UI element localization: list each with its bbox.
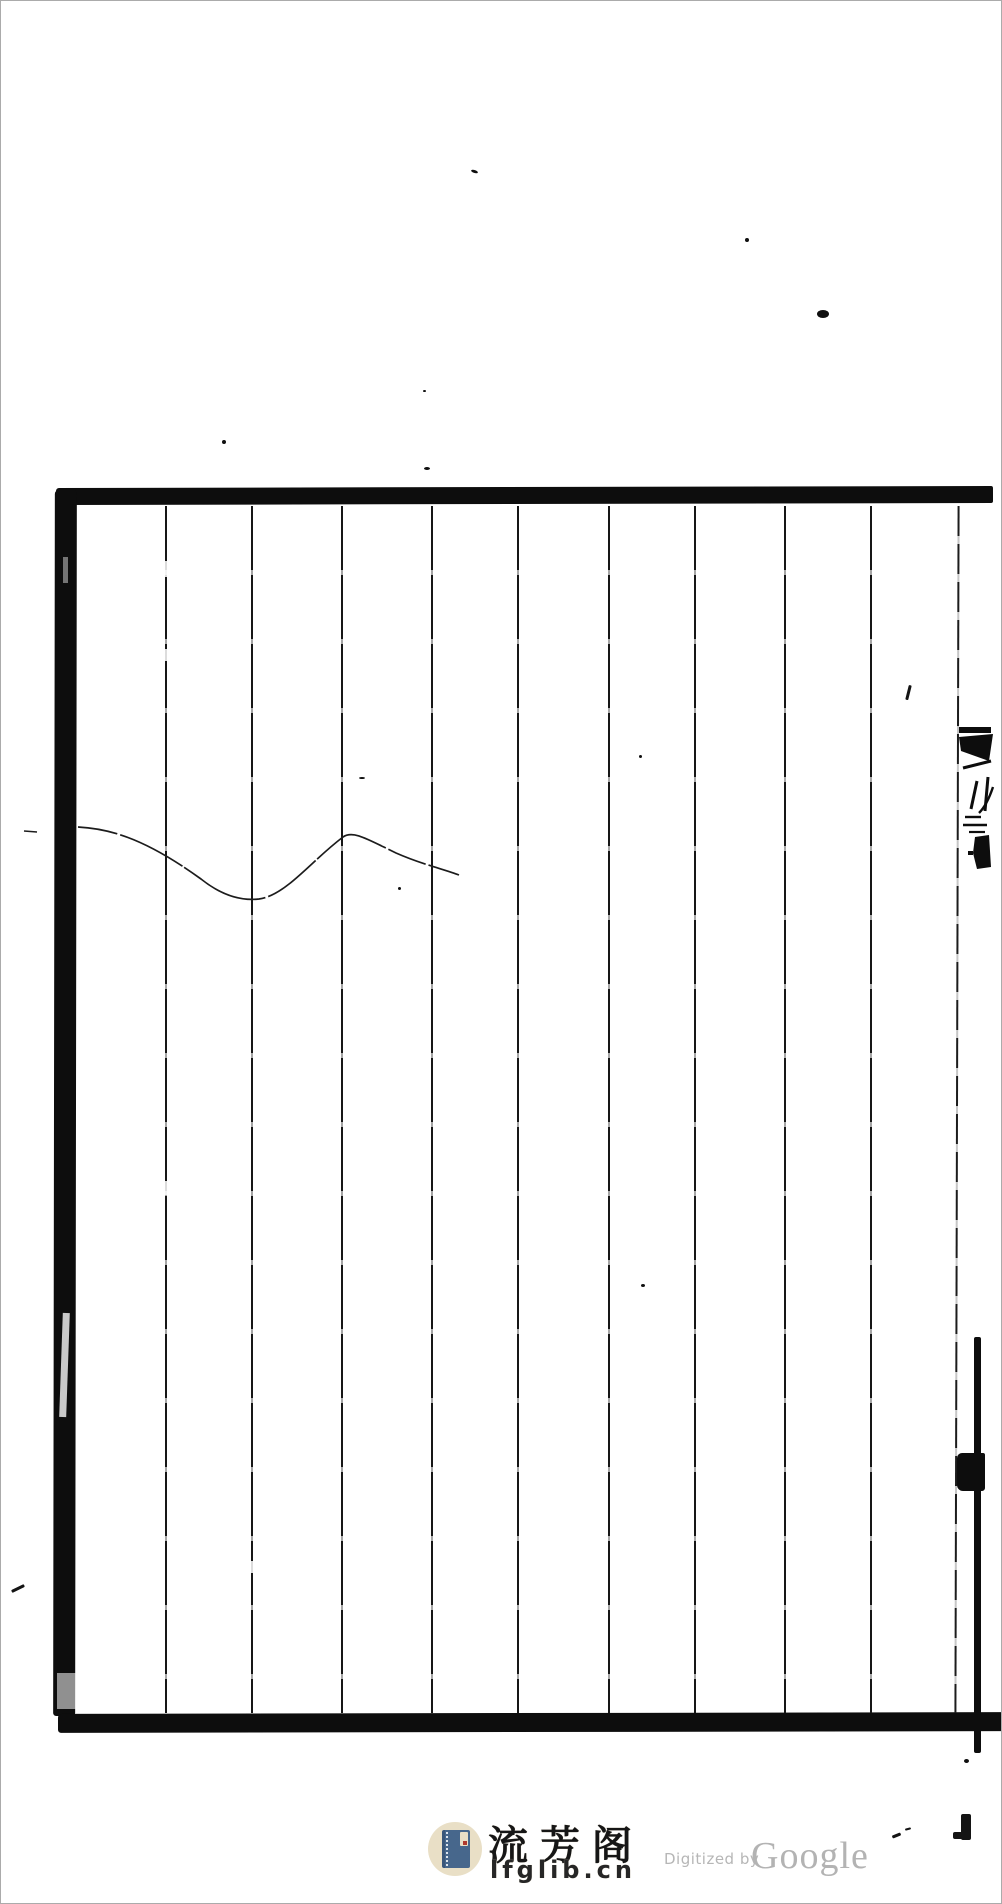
ink-speck [222,440,226,444]
lfglib-logo [428,1822,482,1876]
lfglib-domain: lfglib.cn [490,1856,636,1884]
rule-line-gap [164,649,168,661]
ink-speck [359,777,365,779]
column-rule-line [608,506,610,1713]
column-rule-line [431,506,433,1713]
paper-crack-line [1,801,481,921]
ink-blob [953,1832,963,1839]
frame-left-border [53,490,77,1716]
frame-bottom-border [58,1712,1002,1733]
ink-tick [905,1827,911,1830]
ink-tick [905,685,911,700]
ink-speck [424,467,430,470]
column-rule-line [341,506,343,1713]
ink-speck [745,238,749,242]
digitized-by-label: Digitized by [664,1850,759,1868]
google-wordmark: Google [751,1834,869,1878]
page-edge-print-fragments [941,701,1002,901]
rule-line-gap [250,1561,254,1573]
book-stitching [446,1832,448,1866]
ink-speck [471,169,479,174]
column-rule-line [694,506,696,1713]
frame-top-border [56,486,993,505]
ink-speck [398,887,401,890]
rule-line-gap [164,1181,168,1195]
column-rule-line [870,506,872,1713]
border-wear-gap [57,1673,77,1709]
ink-tick [11,1584,25,1593]
ink-speck [964,1759,969,1763]
rule-line-gap [164,561,168,577]
ink-tick [892,1832,901,1838]
frame-right-ink-blob [957,1453,985,1491]
column-rule-line [517,506,519,1713]
scanned-page: 流芳阁 lfglib.cn Digitized by Google [0,0,1002,1904]
ink-speck [641,1284,645,1287]
ink-speck [423,390,426,392]
column-rule-line [165,506,167,1713]
column-rule-line [954,506,959,1713]
border-wear-gap [63,557,68,583]
column-rule-line [251,506,253,1713]
book-seal-mark [463,1841,467,1845]
column-rule-line [784,506,786,1713]
frame-right-border-partial [974,1337,981,1753]
ink-speck [817,310,829,318]
ink-speck [639,755,642,758]
stitched-book-icon [442,1830,470,1868]
